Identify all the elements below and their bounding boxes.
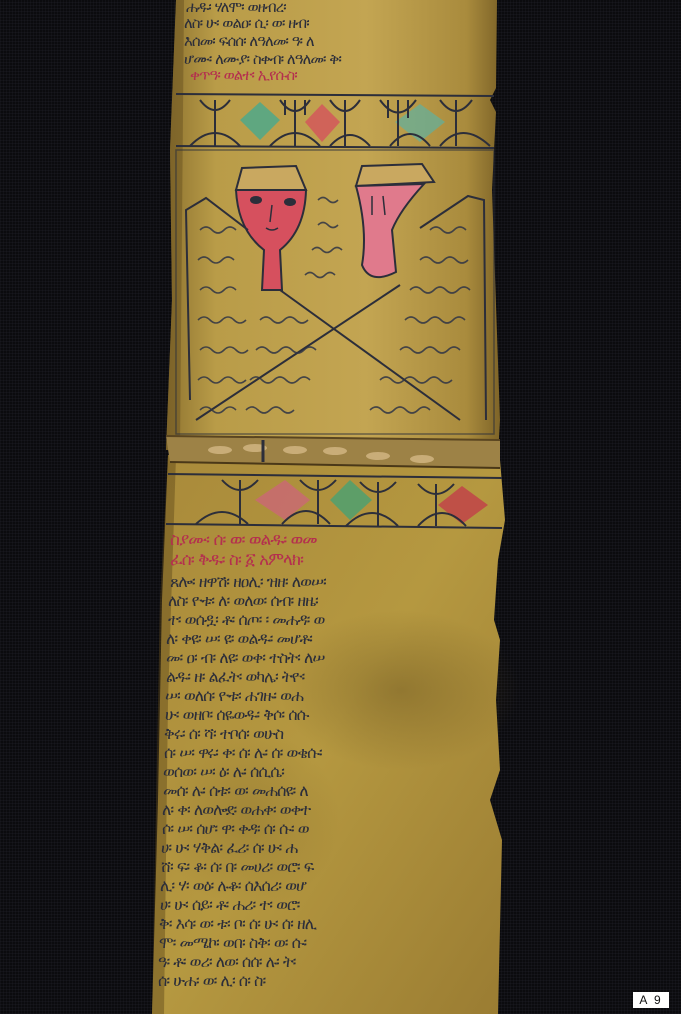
rubric-line: ቀጥዓ፡ ወልተ፡ ኢየሱስ፡	[190, 66, 297, 84]
text-line: ለ፡ ቀዩ፡ ሠ፡ ዩ፡ ወልዱ፡ መሆቶ፡	[166, 629, 312, 649]
text-line: ሀ፡ ሁ፡ ሰይ፡ ቶ፡ ሐሪ፡ ተ፡ ወሮ፡	[160, 895, 299, 915]
text-line: ዓ፡ ቶ፡ ወሪ፡ ለወ፡ ሰሰ፡ ሉ፡ ት፡	[158, 952, 295, 972]
text-line: ተ፡ ወሰዷ፡ ቶ፡ ሰጦ፡ ፡ መሐዳ፡ ወ	[168, 610, 324, 630]
text-line: ሶ፡ ሠ፡ ሰሆ፡ ዋ፡ ቀዳ፡ ሰ፡ ሱ፡ ወ	[162, 819, 309, 839]
text-line: ሞ፡ መሜኮ፡ ወበ፡ ስቅ፡ ወ፡ ሱ፡	[159, 933, 306, 953]
text-line: መሰ፡ ሉ፡ ሰቱ፡ ወ፡ መሐሰዩ፡ ለ	[163, 781, 308, 801]
text-line: ሊ፡ ሃ፡ ወዕ፡ ሉቆ፡ ሰእሰሪ፡ ወሆ	[160, 876, 306, 896]
rubric-line: ስያሙ፡ ሰ፡ ወ፡ ወልዱ፡ ወመ	[170, 530, 317, 550]
text-line: ቅ፡ እሳ፡ ወ፡ ቱ፡ ቦ፡ ሰ፡ ሁ፡ ሰ፡ ዘሊ	[159, 914, 316, 934]
specimen-label: A 9	[633, 992, 669, 1008]
stitched-seam	[166, 436, 500, 468]
text-line: ልዱ፡ ዘ፡ ልፈት፡ ወካሌ፡ ትዮ፡	[166, 667, 304, 687]
text-line: ሸ፡ ፍ፡ ቆ፡ ሰ፡ በ፡ መሀሪ፡ ወሮ፡ ፍ	[161, 857, 313, 877]
manuscript-scroll	[0, 0, 681, 1014]
text-line: ሁ፡ ወዘቦ፡ ሰዬወዱ፡ ቅሶ፡ ሰሱ	[165, 705, 309, 725]
text-line: ሰ፡ ሁሐ፡ ወ፡ ሊ፡ ሰ፡ ስ፡	[158, 971, 265, 991]
rubric-line: ፈሰ፡ ቅዱ፡ ስ፡ ፩ አምላክ፡	[170, 550, 303, 570]
text-line: ለስ፡ ዮቱ፡ ለ፡ ወለወ፡ ሰብ፡ ዘዜ፡	[168, 591, 318, 611]
text-line: ወሰወ፡ ሠ፡ ዕ፡ ሉ፡ ሰሲሴ፡	[163, 762, 284, 782]
text-line: ቅሩ፡ ሰ፡ ሻ፡ ተቦሰ፡ ወሁስ	[164, 724, 283, 744]
text-line: ለስ፡ ሁ፡ ወልዐ፡ ሲ፡ ወ፡ ዘብ፡	[184, 14, 309, 32]
text-line: እሰመ፡ ፍሰሰ፡ ለዓለመ፡ ዓ፡ ለ	[184, 32, 314, 50]
text-line: ጸሎ፡ ዘዋሽ፡ ዘዐሊ፡ ዝዘ፡ ለወሠ፡	[170, 572, 326, 592]
text-line: ሠ፡ ወለሰ፡ ዮቱ፡ ሐገዙ፡ ወሐ	[165, 686, 303, 706]
text-line: ሀ፡ ሁ፡ ሃቅል፡ ፈሪ፡ ሰ፡ ሁ፡ ሐ	[161, 838, 297, 858]
text-line: መ፡ ዐ፡ ብ፡ ለዩ፡ ወቀ፡ ተስት፡ ለሠ	[166, 648, 324, 668]
text-line: ለ፡ ቀ፡ ለወሎደ፡ ወሐቀ፡ ወቀተ	[162, 800, 310, 820]
text-line: ሰ፡ ሠ፡ ዋሩ፡ ቀ፡ ሰ፡ ሉ፡ ሰ፡ ወቄሱ፡	[164, 743, 322, 763]
